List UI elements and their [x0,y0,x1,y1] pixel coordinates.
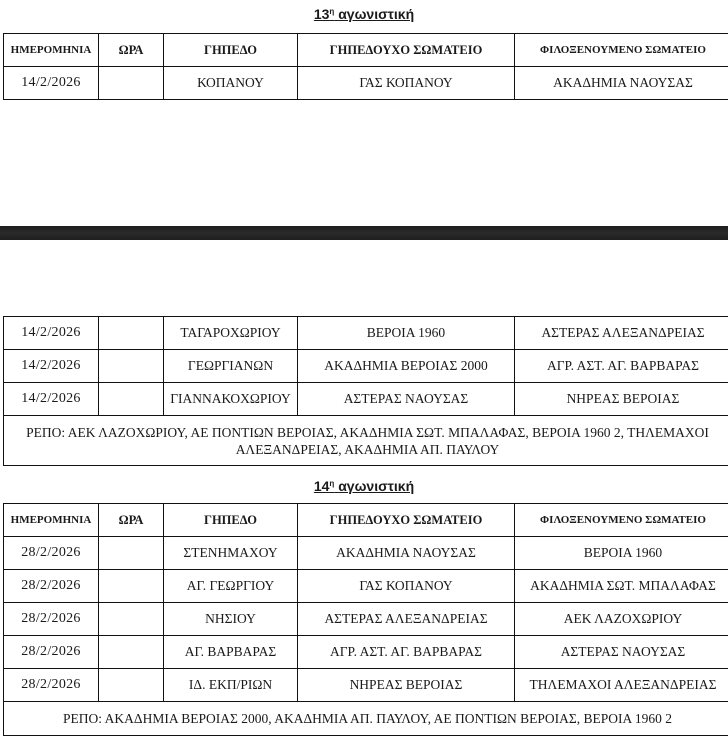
match-pitch: ΓΙΑΝΝΑΚΟΧΩΡΙΟΥ [164,383,298,416]
home-team: ΒΕΡΟΙΑ 1960 [298,317,515,350]
match-time [99,383,164,416]
round-14-ordinal: η [329,479,334,488]
away-team: ΑΣΤΕΡΑΣ ΑΛΕΞΑΝΔΡΕΙΑΣ [515,317,728,350]
round-13-table-page-2: 14/2/2026 ΤΑΓΑΡΟΧΩΡΙΟΥ ΒΕΡΟΙΑ 1960 ΑΣΤΕΡ… [3,316,728,466]
column-header-home: ΓΗΠΕΔΟΥΧΟ ΣΩΜΑΤΕΙΟ [298,34,515,67]
match-time [99,636,164,669]
column-header-date: ΗΜΕΡΟΜΗΝΙΑ [4,504,99,537]
column-header-date: ΗΜΕΡΟΜΗΝΙΑ [4,34,99,67]
match-time [99,669,164,702]
column-header-pitch: ΓΗΠΕΔΟ [164,34,298,67]
match-time [99,67,164,100]
away-team: ΤΗΛΕΜΑΧΟΙ ΑΛΕΞΑΝΔΡΕΙΑΣ [515,669,728,702]
round-13-word: αγωνιστική [338,6,414,22]
match-pitch: ΑΓ. ΓΕΩΡΓΙΟΥ [164,570,298,603]
round-14-table: ΗΜΕΡΟΜΗΝΙΑ ΩΡΑ ΓΗΠΕΔΟ ΓΗΠΕΔΟΥΧΟ ΣΩΜΑΤΕΙΟ… [3,503,728,736]
round-14-number: 14 [314,478,330,494]
column-header-time: ΩΡΑ [99,504,164,537]
column-header-pitch: ΓΗΠΕΔΟ [164,504,298,537]
home-team: ΑΣΤΕΡΑΣ ΑΛΕΞΑΝΔΡΕΙΑΣ [298,603,515,636]
match-date: 14/2/2026 [4,350,99,383]
round-13-number: 13 [314,6,330,22]
match-pitch: ΑΓ. ΒΑΡΒΑΡΑΣ [164,636,298,669]
match-time [99,350,164,383]
round-13-table-page-1: ΗΜΕΡΟΜΗΝΙΑ ΩΡΑ ΓΗΠΕΔΟ ΓΗΠΕΔΟΥΧΟ ΣΩΜΑΤΕΙΟ… [3,33,728,100]
column-header-home: ΓΗΠΕΔΟΥΧΟ ΣΩΜΑΤΕΙΟ [298,504,515,537]
match-time [99,537,164,570]
repo-row: ΡΕΠΟ: ΑΚΑΔΗΜΙΑ ΒΕΡΟΙΑΣ 2000, ΑΚΑΔΗΜΙΑ ΑΠ… [4,702,728,736]
table-row: 14/2/2026 ΓΕΩΡΓΙΑΝΩΝ ΑΚΑΔΗΜΙΑ ΒΕΡΟΙΑΣ 20… [4,350,728,383]
table-row: 28/2/2026 ΑΓ. ΒΑΡΒΑΡΑΣ ΑΓΡ. ΑΣΤ. ΑΓ. ΒΑΡ… [4,636,728,669]
match-time [99,317,164,350]
match-pitch: ΓΕΩΡΓΙΑΝΩΝ [164,350,298,383]
match-date: 28/2/2026 [4,537,99,570]
match-pitch: ΤΑΓΑΡΟΧΩΡΙΟΥ [164,317,298,350]
table-row: 14/2/2026 ΤΑΓΑΡΟΧΩΡΙΟΥ ΒΕΡΟΙΑ 1960 ΑΣΤΕΡ… [4,317,728,350]
table-header-row: ΗΜΕΡΟΜΗΝΙΑ ΩΡΑ ΓΗΠΕΔΟ ΓΗΠΕΔΟΥΧΟ ΣΩΜΑΤΕΙΟ… [4,34,728,67]
home-team: ΓΑΣ ΚΟΠΑΝΟΥ [298,570,515,603]
home-team: ΝΗΡΕΑΣ ΒΕΡΟΙΑΣ [298,669,515,702]
away-team: ΑΚΑΔΗΜΙΑ ΣΩΤ. ΜΠΑΛΑΦΑΣ [515,570,728,603]
match-date: 28/2/2026 [4,636,99,669]
round-14-title: 14η αγωνιστική [0,478,728,494]
match-date: 14/2/2026 [4,383,99,416]
round-13-title: 13η αγωνιστική [0,6,728,22]
table-row: 28/2/2026 ΣΤΕΝΗΜΑΧΟΥ ΑΚΑΔΗΜΙΑ ΝΑΟΥΣΑΣ ΒΕ… [4,537,728,570]
away-team: ΑΣΤΕΡΑΣ ΝΑΟΥΣΑΣ [515,636,728,669]
home-team: ΓΑΣ ΚΟΠΑΝΟΥ [298,67,515,100]
match-pitch: ΚΟΠΑΝΟΥ [164,67,298,100]
table-row: 14/2/2026 ΓΙΑΝΝΑΚΟΧΩΡΙΟΥ ΑΣΤΕΡΑΣ ΝΑΟΥΣΑΣ… [4,383,728,416]
match-pitch: ΙΔ. ΕΚΠ/ΡΙΩΝ [164,669,298,702]
home-team: ΑΚΑΔΗΜΙΑ ΝΑΟΥΣΑΣ [298,537,515,570]
match-date: 28/2/2026 [4,603,99,636]
repo-teams: ΡΕΠΟ: ΑΕΚ ΛΑΖΟΧΩΡΙΟΥ, ΑΕ ΠΟΝΤΙΩΝ ΒΕΡΟΙΑΣ… [4,416,728,466]
match-time [99,570,164,603]
column-header-away: ΦΙΛΟΞΕΝΟΥΜΕΝΟ ΣΩΜΑΤΕΙΟ [515,34,728,67]
page-break-divider [0,226,728,240]
table-header-row: ΗΜΕΡΟΜΗΝΙΑ ΩΡΑ ΓΗΠΕΔΟ ΓΗΠΕΔΟΥΧΟ ΣΩΜΑΤΕΙΟ… [4,504,728,537]
match-pitch: ΣΤΕΝΗΜΑΧΟΥ [164,537,298,570]
match-time [99,603,164,636]
away-team: ΝΗΡΕΑΣ ΒΕΡΟΙΑΣ [515,383,728,416]
table-row: 28/2/2026 ΝΗΣΙΟΥ ΑΣΤΕΡΑΣ ΑΛΕΞΑΝΔΡΕΙΑΣ ΑΕ… [4,603,728,636]
away-team: ΒΕΡΟΙΑ 1960 [515,537,728,570]
away-team: ΑΚΑΔΗΜΙΑ ΝΑΟΥΣΑΣ [515,67,728,100]
repo-teams: ΡΕΠΟ: ΑΚΑΔΗΜΙΑ ΒΕΡΟΙΑΣ 2000, ΑΚΑΔΗΜΙΑ ΑΠ… [4,702,728,736]
match-date: 28/2/2026 [4,669,99,702]
column-header-away: ΦΙΛΟΞΕΝΟΥΜΕΝΟ ΣΩΜΑΤΕΙΟ [515,504,728,537]
home-team: ΑΚΑΔΗΜΙΑ ΒΕΡΟΙΑΣ 2000 [298,350,515,383]
match-date: 28/2/2026 [4,570,99,603]
repo-row: ΡΕΠΟ: ΑΕΚ ΛΑΖΟΧΩΡΙΟΥ, ΑΕ ΠΟΝΤΙΩΝ ΒΕΡΟΙΑΣ… [4,416,728,466]
match-date: 14/2/2026 [4,67,99,100]
round-14-word: αγωνιστική [338,478,414,494]
home-team: ΑΓΡ. ΑΣΤ. ΑΓ. ΒΑΡΒΑΡΑΣ [298,636,515,669]
away-team: ΑΓΡ. ΑΣΤ. ΑΓ. ΒΑΡΒΑΡΑΣ [515,350,728,383]
match-pitch: ΝΗΣΙΟΥ [164,603,298,636]
table-row: 14/2/2026 ΚΟΠΑΝΟΥ ΓΑΣ ΚΟΠΑΝΟΥ ΑΚΑΔΗΜΙΑ Ν… [4,67,728,100]
table-row: 28/2/2026 ΙΔ. ΕΚΠ/ΡΙΩΝ ΝΗΡΕΑΣ ΒΕΡΟΙΑΣ ΤΗ… [4,669,728,702]
match-date: 14/2/2026 [4,317,99,350]
column-header-time: ΩΡΑ [99,34,164,67]
table-row: 28/2/2026 ΑΓ. ΓΕΩΡΓΙΟΥ ΓΑΣ ΚΟΠΑΝΟΥ ΑΚΑΔΗ… [4,570,728,603]
round-13-ordinal: η [329,7,334,16]
home-team: ΑΣΤΕΡΑΣ ΝΑΟΥΣΑΣ [298,383,515,416]
away-team: ΑΕΚ ΛΑΖΟΧΩΡΙΟΥ [515,603,728,636]
